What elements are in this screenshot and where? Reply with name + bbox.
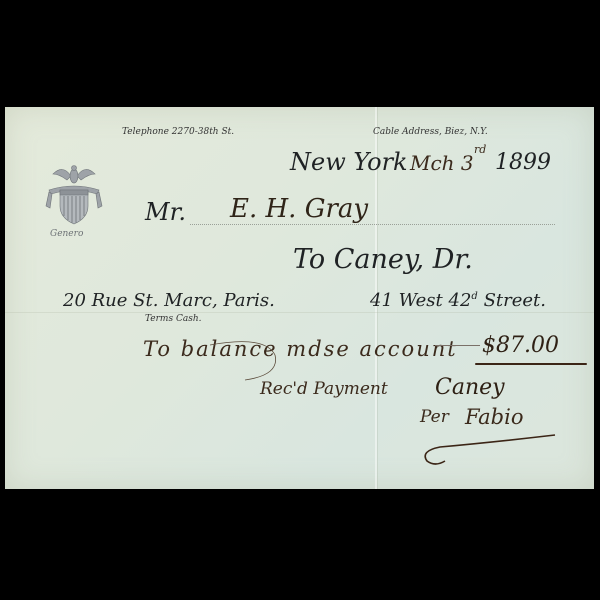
amount-text: $87.00 [482, 333, 559, 358]
flourish-loop-icon [205, 335, 315, 385]
recipient-name: E. H. Gray [230, 194, 368, 224]
amount-underline [475, 363, 587, 365]
receipt-text: Rec'd Payment [260, 379, 388, 399]
paris-address: 20 Rue St. Marc, Paris. [63, 290, 275, 311]
place-text: New York [290, 148, 408, 176]
signature-flourish-icon [415, 427, 565, 467]
paper-fold-horizontal [5, 312, 594, 313]
terms-text: Terms Cash. [145, 314, 201, 324]
crest-caption: Genero [50, 229, 83, 239]
ny-address: 41 West 42d Street. [370, 290, 546, 311]
date-handwritten: Mch 3 [410, 151, 474, 175]
cable-address-text: Cable Address, Biez, N.Y. [373, 127, 488, 137]
ny-address-street: Street. [484, 290, 546, 311]
eagle-shield-crest-icon [43, 162, 105, 232]
telephone-text: Telephone 2270-38th St. [122, 127, 234, 137]
year-text: 1899 [495, 150, 551, 175]
ny-address-suffix: d [471, 291, 477, 302]
signature-name: Fabio [465, 405, 523, 429]
signature-firm: Caney [435, 375, 505, 400]
invoice-paper: Telephone 2270-38th St. Cable Address, B… [5, 107, 594, 489]
line-item-dash [435, 345, 480, 346]
signature-per: Per [420, 407, 449, 427]
date-suffix: rd [474, 143, 486, 156]
salutation-text: Mr. [145, 198, 186, 226]
ny-address-number: 41 West 42 [370, 290, 471, 311]
creditor-line: To Caney, Dr. [293, 244, 473, 275]
recipient-rule [190, 224, 555, 225]
